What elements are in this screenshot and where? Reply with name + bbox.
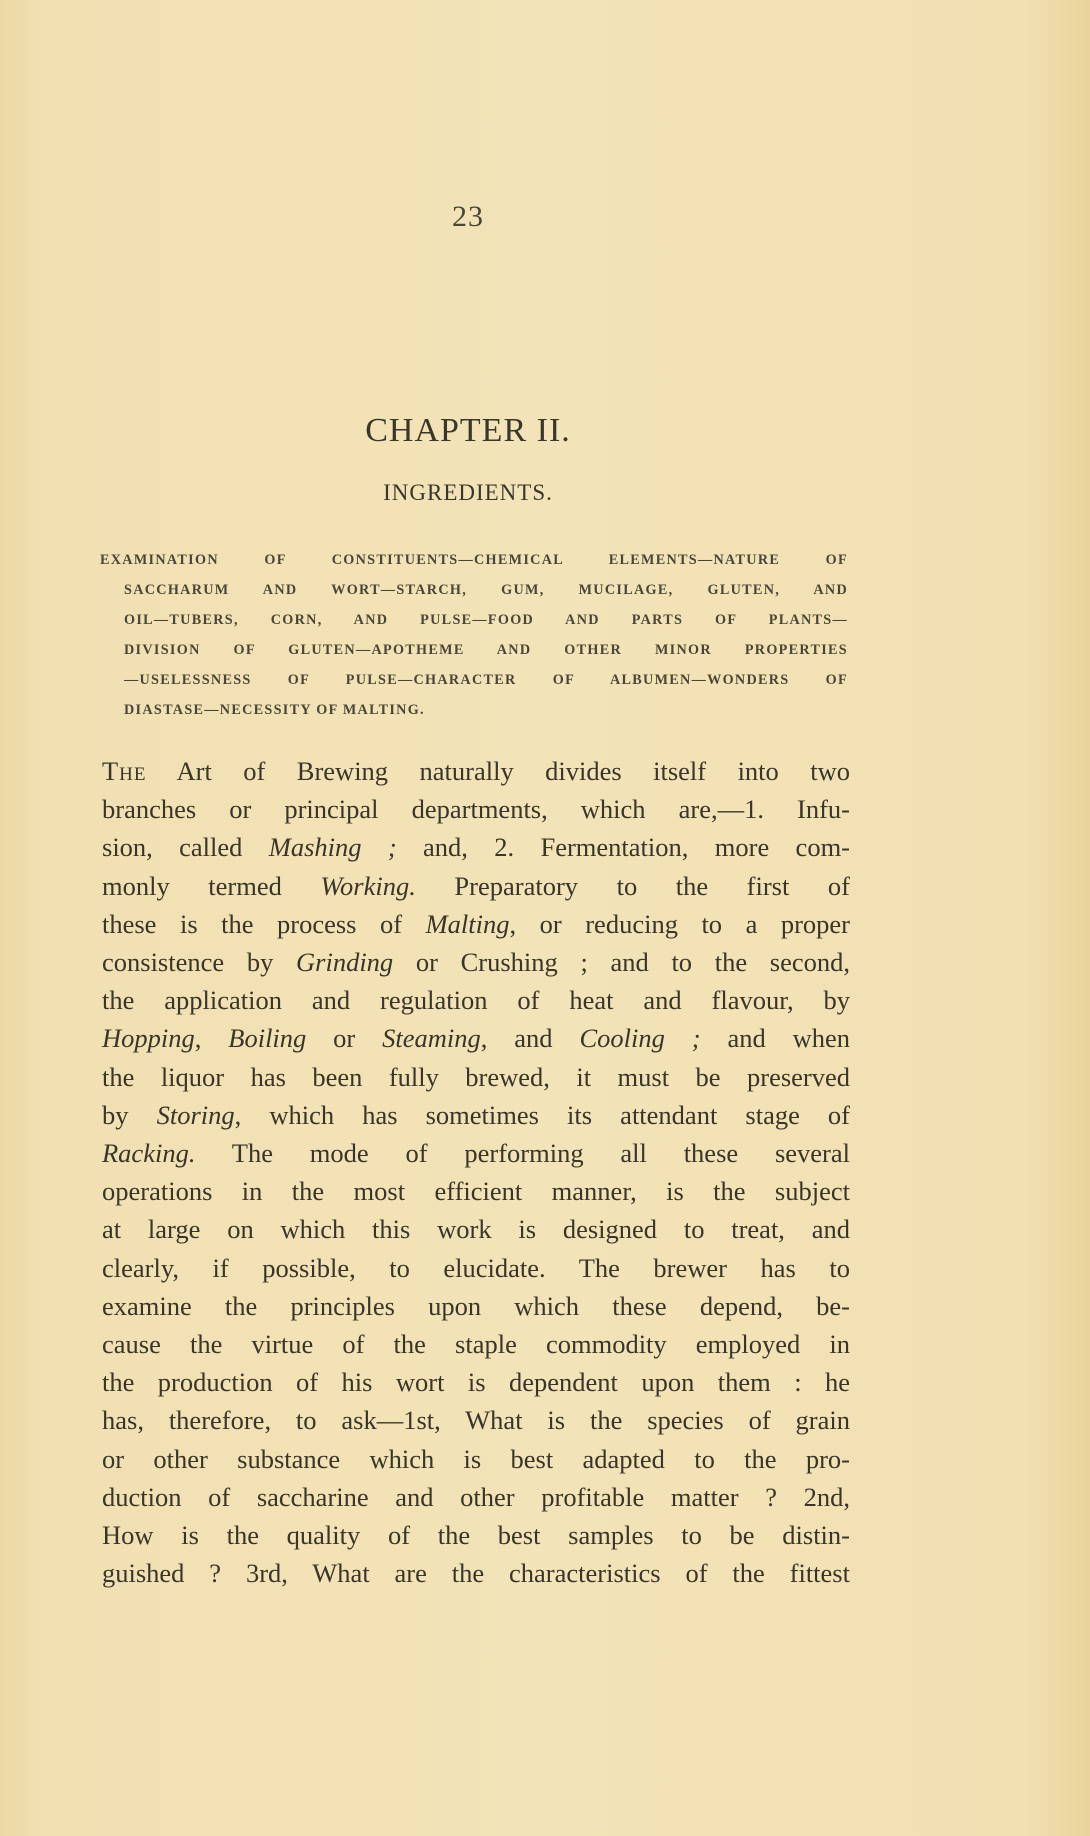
chapter-synopsis: EXAMINATION OF CONSTITUENTS—CHEMICAL ELE… (100, 545, 848, 725)
synopsis-line: DIASTASE—NECESSITY OF MALTING. (100, 695, 848, 725)
body-line: or other substance which is best adapted… (102, 1440, 850, 1478)
body-line: guished ? 3rd, What are the characterist… (102, 1554, 850, 1592)
body-line: the liquor has been fully brewed, it mus… (102, 1058, 850, 1096)
body-line: How is the quality of the best samples t… (102, 1516, 850, 1554)
body-line: has, therefore, to ask—1st, What is the … (102, 1401, 850, 1439)
body-line: cause the virtue of the staple commodity… (102, 1325, 850, 1363)
body-line: these is the process of Malting, or redu… (102, 905, 850, 943)
body-line: branches or principal departments, which… (102, 790, 850, 828)
emphasis-term: Mashing ; (269, 832, 397, 862)
emphasis-term: Cooling ; (579, 1023, 700, 1053)
emphasis-term: Steaming (382, 1023, 481, 1053)
body-line: at large on which this work is designed … (102, 1210, 850, 1248)
body-line: sion, called Mashing ; and, 2. Fermentat… (102, 828, 850, 866)
chapter-title: CHAPTER II. (0, 412, 936, 450)
body-line: The Art of Brewing naturally divides its… (102, 752, 850, 790)
body-line: the production of his wort is dependent … (102, 1363, 850, 1401)
body-line: duction of saccharine and other profitab… (102, 1478, 850, 1516)
emphasis-term: Storing (157, 1100, 235, 1130)
page-number: 23 (0, 200, 936, 234)
body-line: examine the principles upon which these … (102, 1287, 850, 1325)
emphasis-term: Hopping (102, 1023, 195, 1053)
body-line: monly termed Working. Preparatory to the… (102, 867, 850, 905)
emphasis-term: Racking. (102, 1138, 195, 1168)
opening-word: The (102, 756, 147, 786)
synopsis-line: SACCHARUM AND WORT—STARCH, GUM, MUCILAGE… (100, 575, 848, 605)
emphasis-term: Malting (426, 909, 510, 939)
synopsis-line: DIVISION OF GLUTEN—APOTHEME AND OTHER MI… (100, 635, 848, 665)
body-line: operations in the most efficient manner,… (102, 1172, 850, 1210)
body-line: consistence by Grinding or Crushing ; an… (102, 943, 850, 981)
book-page: 23 CHAPTER II. INGREDIENTS. EXAMINATION … (0, 0, 1090, 1836)
body-line: by Storing, which has sometimes its atte… (102, 1096, 850, 1134)
synopsis-line: OIL—TUBERS, CORN, AND PULSE—FOOD AND PAR… (100, 605, 848, 635)
emphasis-term: Working. (320, 871, 415, 901)
synopsis-line: EXAMINATION OF CONSTITUENTS—CHEMICAL ELE… (100, 545, 848, 575)
body-line: the application and regulation of heat a… (102, 981, 850, 1019)
synopsis-line: —USELESSNESS OF PULSE—CHARACTER OF ALBUM… (100, 665, 848, 695)
body-line: Hopping, Boiling or Steaming, and Coolin… (102, 1019, 850, 1057)
chapter-subtitle: INGREDIENTS. (0, 480, 936, 506)
emphasis-term: Boiling (228, 1023, 306, 1053)
emphasis-term: Grinding (296, 947, 393, 977)
body-paragraph: The Art of Brewing naturally divides its… (102, 752, 850, 1592)
body-line: clearly, if possible, to elucidate. The … (102, 1249, 850, 1287)
body-line: Racking. The mode of performing all thes… (102, 1134, 850, 1172)
